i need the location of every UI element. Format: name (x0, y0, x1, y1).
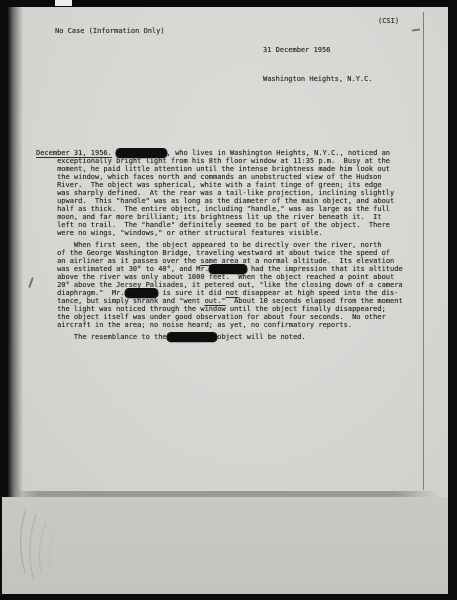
case-status-label: No Case (Information Only) (55, 27, 165, 35)
document-line: an airliner as it passes over the same a… (36, 257, 403, 265)
text-segment: had the impression that its altitude (247, 265, 403, 273)
document-line: were no wings, "windows," or other struc… (36, 229, 403, 237)
document-line: was estimated at 30° to 40°, and Mr. had… (36, 265, 403, 273)
document-line: was sharply defined. At the rear was a t… (36, 189, 403, 197)
text-segment: the object itself was under good observa… (36, 313, 386, 321)
document-line: upward. This "handle" was as long as the… (36, 197, 403, 205)
document-line: December 31, 1956. , who lives in Washin… (36, 149, 403, 157)
classification-stamp: (CSI) (378, 17, 399, 25)
text-segment: The resemblance to the (36, 333, 167, 341)
redaction-bar (209, 265, 247, 273)
text-segment: object will be noted. (217, 333, 306, 341)
text-segment: 20° above the Jersey Palisades, it peter… (36, 281, 403, 289)
document-line: aircraft in the area; no noise heard; as… (36, 321, 403, 329)
text-segment: aircraft in the area; no noise heard; as… (36, 321, 352, 329)
text-segment: upward. This "handle" was as long as the… (36, 197, 394, 205)
text-segment: River. The object was spherical, white w… (36, 181, 382, 189)
report-location: Washington Heights, N.Y.C. (263, 75, 373, 85)
paragraph: The resemblance to the object will be no… (36, 333, 403, 341)
report-date: 31 December 1956 (263, 46, 373, 56)
left-edge-shadow (8, 7, 23, 497)
document-line: the light was noticed through the window… (36, 305, 403, 313)
text-segment: disappear at high speed into the dis- (238, 289, 398, 297)
text-segment: of the George Washington Bridge, traveli… (36, 249, 390, 257)
document-line: of the George Washington Bridge, traveli… (36, 249, 403, 257)
document-line: When first seen, the object appeared to … (36, 241, 403, 249)
text-segment: was sharply defined. At the rear was a t… (36, 189, 394, 197)
date-location-block: 31 December 1956 Washington Heights, N.Y… (263, 27, 373, 103)
text-segment: was estimated at 30° to 40°, and Mr. (36, 265, 209, 273)
text-segment: diaphragm." Mr. (36, 289, 125, 297)
photo-frame: (CSI) No Case (Information Only) 31 Dece… (0, 0, 457, 600)
text-segment: exceptionally bright light from his 8th … (36, 157, 390, 165)
text-segment: tance, but simply shrank and "went (36, 297, 205, 305)
redaction-bar (167, 333, 218, 341)
text-segment: the window, which faces north and comman… (36, 173, 382, 181)
top-edge-notch (55, 0, 72, 6)
page-edge-line (423, 12, 424, 490)
pen-slash-mark (28, 277, 33, 288)
text-segment: When first seen, the object appeared to … (36, 241, 382, 249)
document-line: above the river was only about 1000 feet… (36, 273, 403, 281)
document-page: (CSI) No Case (Information Only) 31 Dece… (8, 7, 448, 497)
paragraph: December 31, 1956. , who lives in Washin… (36, 149, 403, 237)
text-segment: , who lives in Washington Heights, N.Y.C… (167, 149, 390, 157)
text-segment: is sure it did (158, 289, 225, 297)
text-segment: About 10 seconds elapsed from the moment (226, 297, 403, 305)
text-segment: above the river was only about 1000 feet… (36, 273, 394, 281)
redaction-bar (116, 149, 167, 157)
text-segment: the light was noticed through the window… (36, 305, 386, 313)
underlined-text: same area (200, 257, 238, 265)
text-segment: were no wings, "windows," or other struc… (36, 229, 323, 237)
document-line: the object itself was under good observa… (36, 313, 403, 321)
text-segment: moon, and far more brilliant; its bright… (36, 213, 382, 221)
page-bottom-shadow (12, 491, 438, 497)
pen-dash-mark (412, 28, 420, 31)
document-line: exceptionally bright light from his 8th … (36, 157, 403, 165)
text-segment: moment, he paid little attention until t… (36, 165, 390, 173)
document-body: December 31, 1956. , who lives in Washin… (36, 149, 403, 341)
text-segment: at a normal altitude. Its elevation (238, 257, 394, 265)
pencil-squiggle-marks (10, 501, 150, 586)
redaction-bar (125, 289, 159, 297)
document-line: moment, he paid little attention until t… (36, 165, 403, 173)
document-line: 20° above the Jersey Palisades, it peter… (36, 281, 403, 289)
document-line: River. The object was spherical, white w… (36, 181, 403, 189)
underlined-text: not (226, 289, 239, 297)
text-segment: an airliner as it passes over the (36, 257, 200, 265)
backing-mat (2, 497, 448, 594)
document-line: the window, which faces north and comman… (36, 173, 403, 181)
text-segment: left no trail. The "handle" definitely s… (36, 221, 390, 229)
text-segment: half as thick. The entire object, includ… (36, 205, 390, 213)
paragraph: When first seen, the object appeared to … (36, 241, 403, 329)
underlined-text: December 31, 1956. (36, 149, 112, 157)
document-line: The resemblance to the object will be no… (36, 333, 403, 341)
document-line: moon, and far more brilliant; its bright… (36, 213, 403, 221)
document-line: tance, but simply shrank and "went out."… (36, 297, 403, 305)
document-line: left no trail. The "handle" definitely s… (36, 221, 403, 229)
document-line: diaphragm." Mr. is sure it did not disap… (36, 289, 403, 297)
underlined-text: out." (205, 297, 226, 305)
document-line: half as thick. The entire object, includ… (36, 205, 403, 213)
